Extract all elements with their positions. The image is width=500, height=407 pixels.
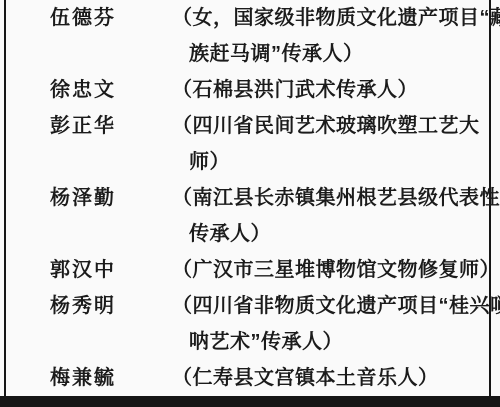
list-item: 杨秀明 （四川省非物质文化遗产项目“桂兴唢呐艺术”传承人） [6, 288, 489, 360]
desc-line: （四川省非物质文化遗产项目“桂兴唢 [172, 288, 489, 324]
list-item: 郭汉中 （广汉市三星堆博物馆文物修复师） [6, 252, 489, 288]
list-item: 梅兼毓 （仁寿县文宫镇本土音乐人） [6, 360, 489, 396]
person-name: 伍德芬 [6, 0, 172, 36]
person-desc: （四川省民间艺术玻璃吹塑工艺大师） [172, 108, 489, 180]
desc-line: 族赶马调”传承人） [172, 36, 489, 72]
desc-line: 师） [172, 144, 489, 180]
person-desc: （仁寿县文宫镇本土音乐人） [172, 360, 489, 396]
person-desc: （四川省非物质文化遗产项目“桂兴唢呐艺术”传承人） [172, 288, 489, 360]
person-desc: （女，国家级非物质文化遗产项目“藏族赶马调”传承人） [172, 0, 489, 72]
desc-line: 呐艺术”传承人） [172, 324, 489, 360]
person-name: 彭正华 [6, 108, 172, 144]
desc-line: （仁寿县文宫镇本土音乐人） [172, 360, 489, 396]
person-name: 梅兼毓 [6, 360, 172, 396]
person-name: 杨秀明 [6, 288, 172, 324]
person-desc: （石棉县洪门武术传承人） [172, 72, 489, 108]
bottom-black-bar [0, 396, 500, 407]
person-name: 杨泽勤 [6, 180, 172, 216]
desc-line: 传承人） [172, 216, 489, 252]
list-item: 彭正华 （四川省民间艺术玻璃吹塑工艺大师） [6, 108, 489, 180]
document-page: 伍德芬 （女，国家级非物质文化遗产项目“藏族赶马调”传承人） 徐忠文 （石棉县洪… [0, 0, 500, 407]
list-item: 徐忠文 （石棉县洪门武术传承人） [6, 72, 489, 108]
name-list: 伍德芬 （女，国家级非物质文化遗产项目“藏族赶马调”传承人） 徐忠文 （石棉县洪… [6, 0, 489, 396]
list-item: 杨泽勤 （南江县长赤镇集州根艺县级代表性传承人） [6, 180, 489, 252]
person-desc: （广汉市三星堆博物馆文物修复师） [172, 252, 489, 288]
desc-line: （广汉市三星堆博物馆文物修复师） [172, 252, 489, 288]
desc-line: （四川省民间艺术玻璃吹塑工艺大 [172, 108, 489, 144]
desc-line: （女，国家级非物质文化遗产项目“藏 [172, 0, 489, 36]
desc-line: （南江县长赤镇集州根艺县级代表性 [172, 180, 489, 216]
person-desc: （南江县长赤镇集州根艺县级代表性传承人） [172, 180, 489, 252]
person-name: 郭汉中 [6, 252, 172, 288]
person-name: 徐忠文 [6, 72, 172, 108]
list-item: 伍德芬 （女，国家级非物质文化遗产项目“藏族赶马调”传承人） [6, 0, 489, 72]
desc-line: （石棉县洪门武术传承人） [172, 72, 489, 108]
